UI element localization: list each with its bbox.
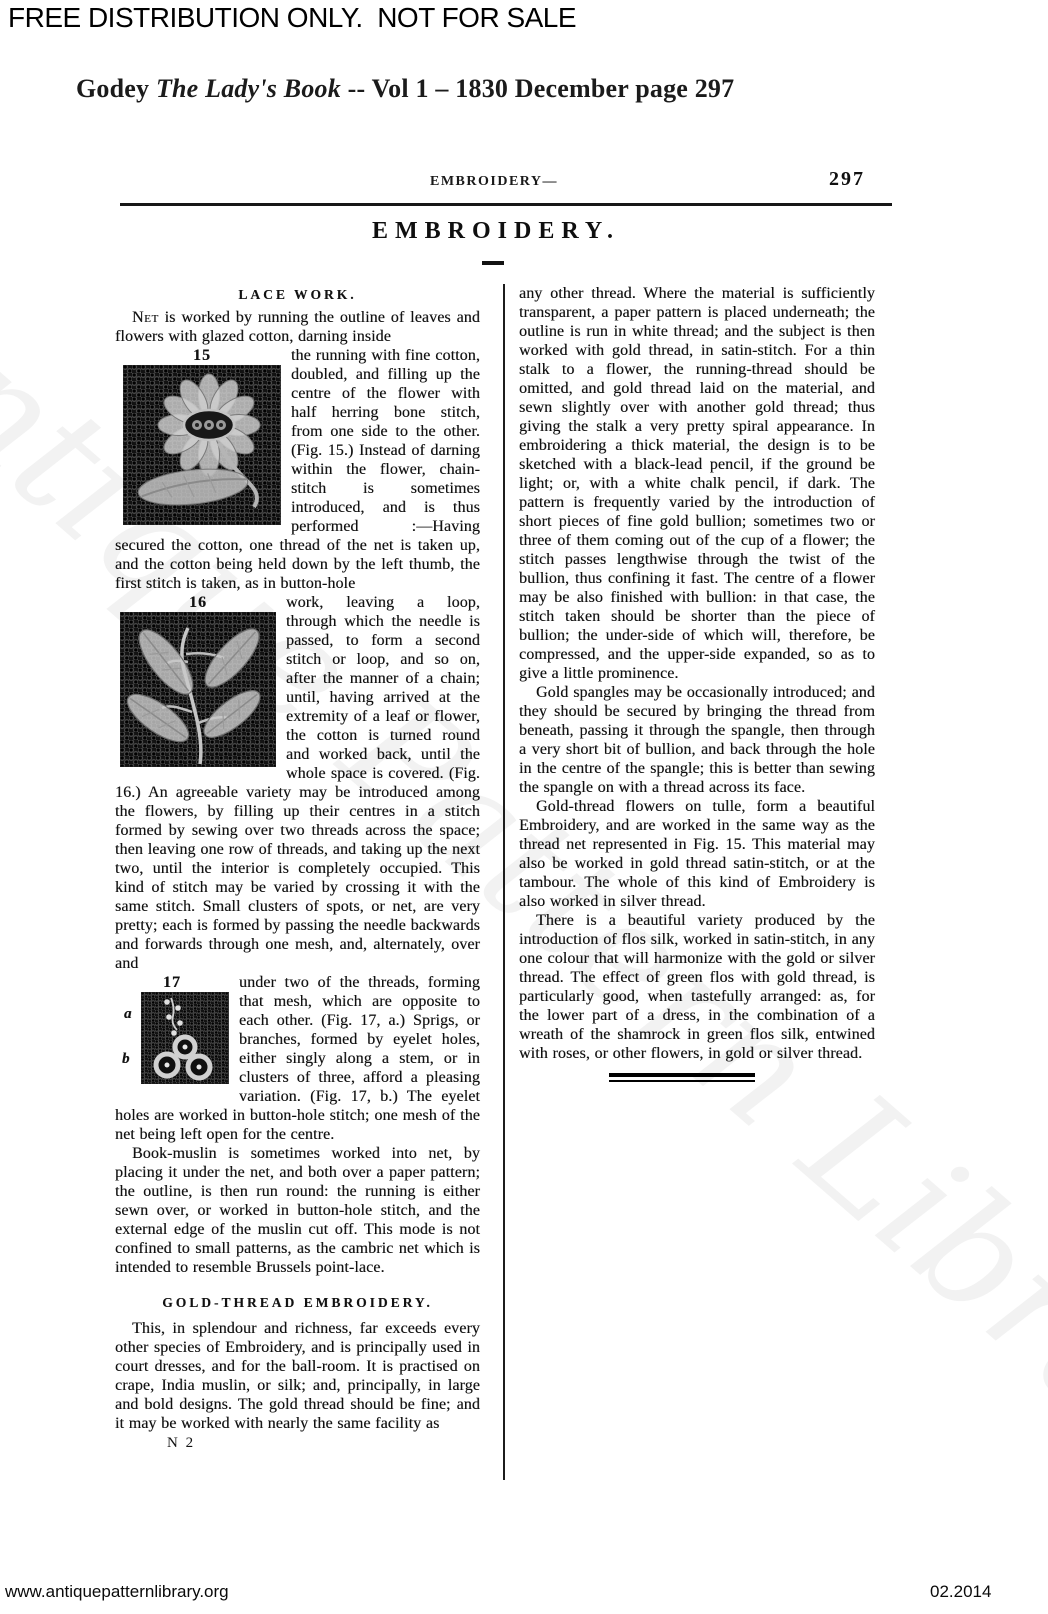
paragraph-spangles: Gold spangles may be occasionally introd… — [519, 683, 875, 797]
figure-17-number: 17 — [115, 973, 229, 992]
source-citation: Godey The Lady's Book -- Vol 1 – 1830 De… — [76, 74, 734, 104]
paragraph-gold-continued: any other thread. Where the material is … — [519, 284, 875, 683]
figure-15-number: 15 — [123, 346, 281, 365]
net-lace-flower-figure — [123, 365, 281, 525]
free-distribution-banner: FREE DISTRIBUTION ONLY. NOT FOR SALE — [8, 2, 576, 34]
paragraph-flos-silk: There is a beautiful variety produced by… — [519, 911, 875, 1063]
figure-16: 16 — [120, 593, 276, 767]
article-end-rule — [609, 1073, 755, 1082]
paragraph-fig15: 15 — [115, 346, 480, 593]
paragraph-fig17: 17 a b — [115, 973, 480, 1144]
figure-17-label-a: a — [124, 1005, 132, 1024]
right-column: any other thread. Where the material is … — [519, 284, 875, 1082]
paragraph-intro: Net is worked by running the outline of … — [115, 308, 480, 346]
figure-15: 15 — [123, 346, 281, 525]
section-heading-lace-work: LACE WORK. — [115, 287, 480, 303]
paragraph-text: is worked by running the outline of leav… — [115, 309, 480, 345]
net-lace-leaves-figure — [120, 612, 276, 767]
figure-17-label-b: b — [122, 1050, 130, 1069]
source-publisher: Godey — [76, 74, 156, 103]
paragraph-book-muslin: Book-muslin is sometimes worked into net… — [115, 1144, 480, 1277]
page-columns: LACE WORK. Net is worked by running the … — [115, 284, 877, 1480]
paragraph-fig16: 16 — [115, 593, 480, 973]
paragraph-tulle: Gold-thread flowers on tulle, form a bea… — [519, 797, 875, 911]
footer-date: 02.2014 — [930, 1582, 991, 1602]
footer-url: www.antiquepatternlibrary.org — [5, 1582, 229, 1602]
page-number: 297 — [829, 168, 865, 191]
figure-16-number: 16 — [120, 593, 276, 612]
source-volume: -- Vol 1 – 1830 December page 297 — [341, 74, 734, 103]
section-heading-gold-thread: GOLD-THREAD EMBROIDERY. — [115, 1295, 480, 1311]
paragraph-gold-thread: This, in splendour and richness, far exc… — [115, 1319, 480, 1433]
header-rule — [120, 203, 892, 206]
column-divider-rule — [503, 284, 505, 1480]
left-column: LACE WORK. Net is worked by running the … — [115, 284, 480, 1452]
title-dash — [482, 261, 504, 265]
paragraph-lead-word: Net — [132, 309, 159, 326]
figure-17: 17 a b — [115, 973, 229, 1084]
source-title: The Lady's Book — [156, 74, 341, 103]
net-lace-eyelet-figure — [141, 992, 229, 1084]
printer-signature: N 2 — [167, 1435, 480, 1452]
article-title: EMBROIDERY. — [115, 218, 877, 245]
running-header-title: EMBROIDERY— — [430, 174, 558, 190]
